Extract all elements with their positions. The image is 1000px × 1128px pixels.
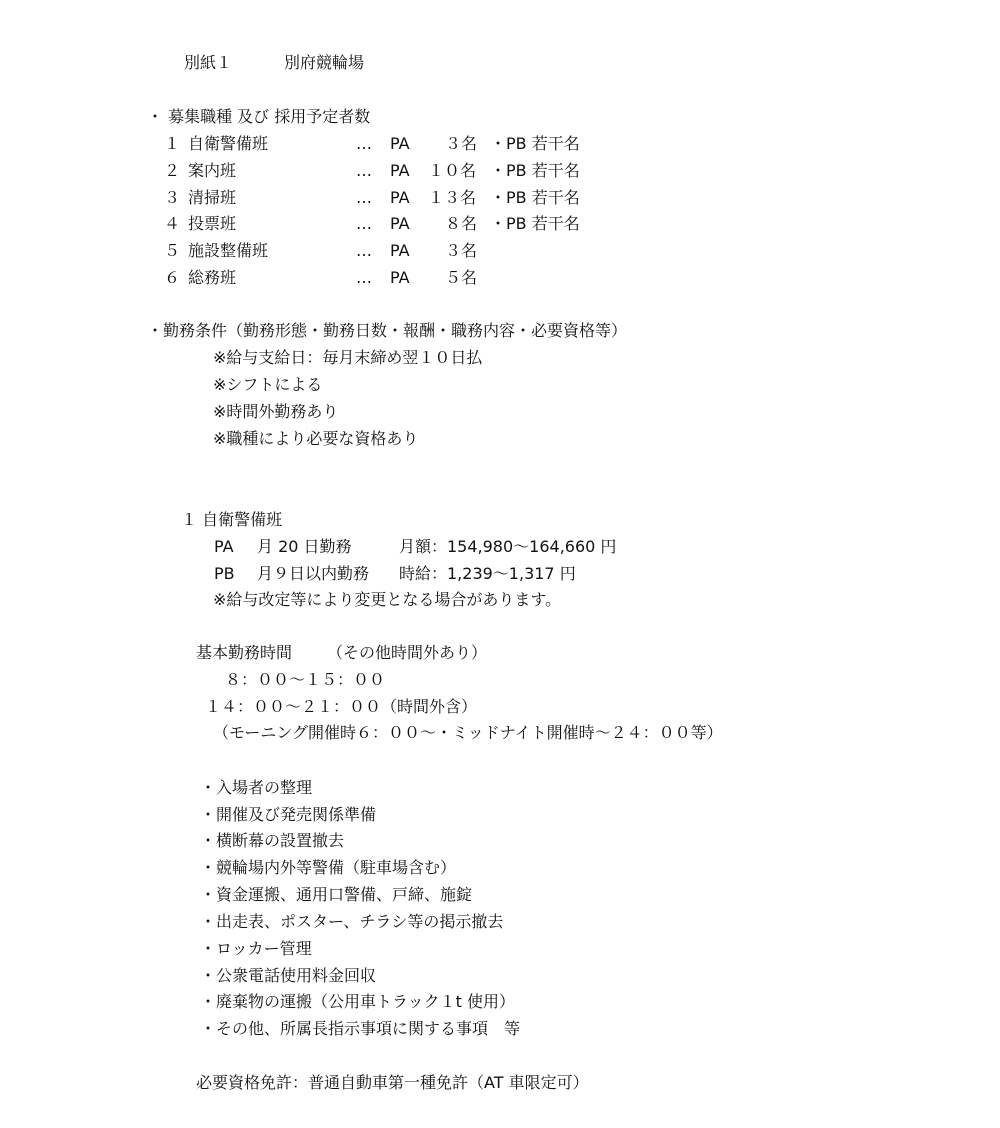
job-name: 清掃班 bbox=[188, 188, 236, 208]
hours-line: １４：００～２１：００（時間外含） bbox=[205, 697, 477, 717]
condition-note: ※時間外勤務あり bbox=[213, 402, 338, 422]
duty-item: ・入場者の整理 bbox=[200, 778, 312, 798]
row-number: ４ bbox=[164, 214, 180, 234]
job-name: 案内班 bbox=[188, 161, 236, 181]
condition-note: ※シフトによる bbox=[213, 375, 322, 395]
dots: … bbox=[356, 268, 372, 288]
pa-label: PA bbox=[390, 268, 410, 288]
hours-heading: 基本勤務時間 bbox=[196, 643, 292, 663]
page-title: 別府競輪場 bbox=[284, 53, 364, 73]
duty-item: ・資金運搬、通用口警備、戸締、施錠 bbox=[200, 885, 472, 905]
pa-count: １０名 bbox=[428, 161, 476, 181]
row-number: ６ bbox=[164, 268, 180, 288]
recruitment-heading: ・ 募集職種 及び 採用予定者数 bbox=[147, 107, 370, 127]
pay-days: 月９日以内勤務 bbox=[257, 564, 369, 584]
row-number: １ bbox=[164, 134, 180, 154]
pa-count: ３名 bbox=[445, 134, 477, 154]
duty-item: ・ロッカー管理 bbox=[200, 939, 312, 959]
pb-info: ・PB 若干名 bbox=[490, 161, 580, 181]
pay-type: PA bbox=[214, 537, 234, 557]
pa-label: PA bbox=[390, 161, 410, 181]
condition-note: ※職種により必要な資格あり bbox=[213, 429, 418, 449]
pa-label: PA bbox=[390, 188, 410, 208]
job-name: 投票班 bbox=[188, 214, 236, 234]
pa-count: ８名 bbox=[445, 214, 477, 234]
hours-line: （モーニング開催時６：００～・ミッドナイト開催時～２４：００等） bbox=[213, 723, 723, 743]
pa-label: PA bbox=[390, 241, 410, 261]
duty-item: ・公衆電話使用料金回収 bbox=[200, 966, 376, 986]
row-number: ５ bbox=[164, 241, 180, 261]
dots: … bbox=[356, 241, 372, 261]
row-number: ３ bbox=[164, 188, 180, 208]
document-label: 別紙１ bbox=[184, 53, 232, 73]
job-name: 施設整備班 bbox=[188, 241, 268, 261]
dots: … bbox=[356, 161, 372, 181]
license-requirement: 必要資格免許：普通自動車第一種免許（AT 車限定可） bbox=[196, 1073, 589, 1093]
pay-days: 月 20 日勤務 bbox=[257, 537, 352, 557]
hours-note: （その他時間外あり） bbox=[327, 643, 487, 663]
duty-item: ・横断幕の設置撤去 bbox=[200, 831, 344, 851]
section-heading: １ 自衛警備班 bbox=[181, 510, 282, 530]
pay-amount: 月額：154,980～164,660 円 bbox=[399, 537, 616, 557]
pay-note: ※給与改定等により変更となる場合があります。 bbox=[213, 590, 561, 610]
pb-info: ・PB 若干名 bbox=[490, 214, 580, 234]
duty-item: ・競輪場内外等警備（駐車場含む） bbox=[200, 858, 456, 878]
pa-count: １３名 bbox=[428, 188, 476, 208]
pay-amount: 時給：1,239～1,317 円 bbox=[399, 564, 576, 584]
duty-item: ・廃棄物の運搬（公用車トラック１t 使用） bbox=[200, 992, 515, 1012]
duty-item: ・開催及び発売関係準備 bbox=[200, 805, 376, 825]
condition-note: ※給与支給日：毎月末締め翌１０日払 bbox=[213, 348, 482, 368]
conditions-heading: ・勤務条件（勤務形態・勤務日数・報酬・職務内容・必要資格等） bbox=[147, 321, 627, 341]
dots: … bbox=[356, 188, 372, 208]
dots: … bbox=[356, 134, 372, 154]
job-name: 総務班 bbox=[188, 268, 236, 288]
pa-count: ５名 bbox=[445, 268, 477, 288]
pa-label: PA bbox=[390, 214, 410, 234]
pay-type: PB bbox=[214, 564, 235, 584]
job-name: 自衛警備班 bbox=[188, 134, 268, 154]
dots: … bbox=[356, 214, 372, 234]
pa-count: ３名 bbox=[445, 241, 477, 261]
row-number: ２ bbox=[164, 161, 180, 181]
hours-line: ８：００～１５：００ bbox=[225, 670, 385, 690]
pa-label: PA bbox=[390, 134, 410, 154]
pb-info: ・PB 若干名 bbox=[490, 134, 580, 154]
pb-info: ・PB 若干名 bbox=[490, 188, 580, 208]
duty-item: ・その他、所属長指示事項に関する事項 等 bbox=[200, 1019, 520, 1039]
duty-item: ・出走表、ポスター、チラシ等の掲示撤去 bbox=[200, 912, 503, 932]
